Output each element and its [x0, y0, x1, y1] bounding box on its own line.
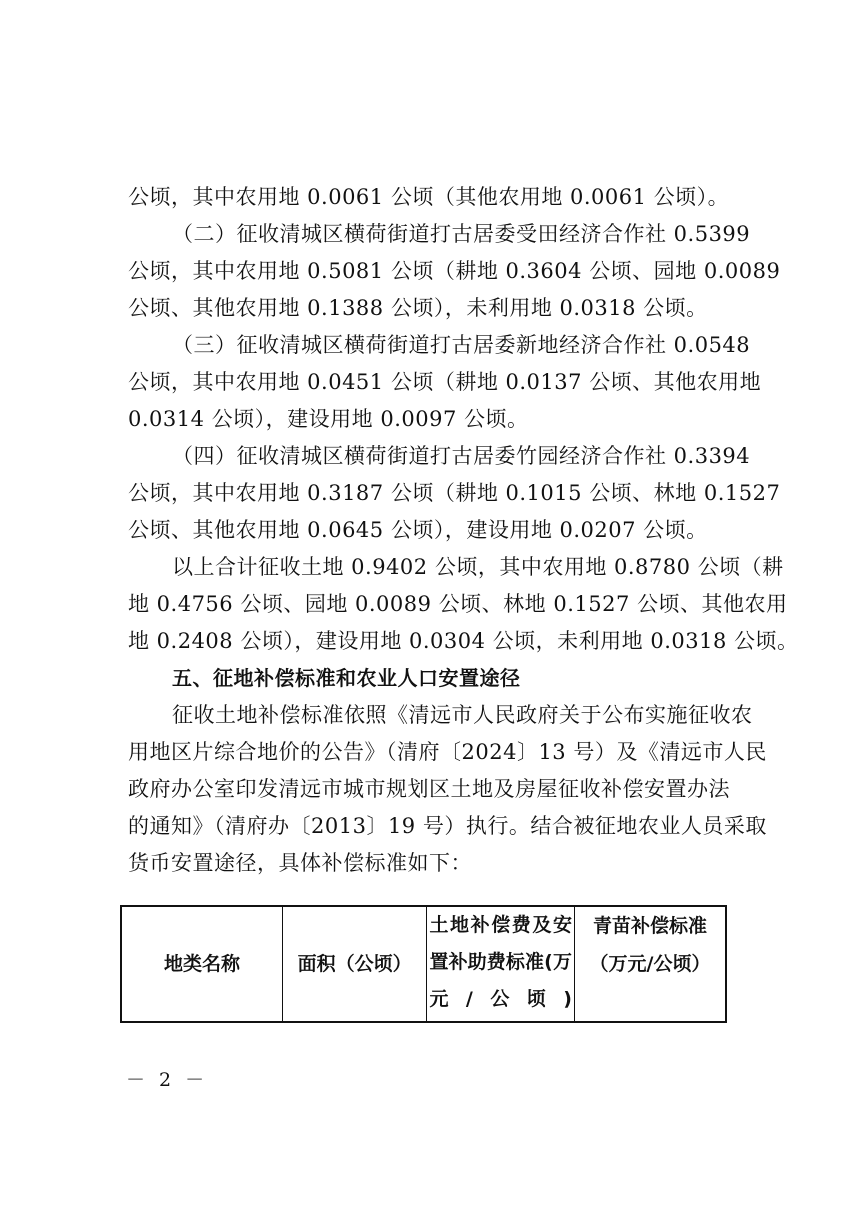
header-crop-compensation-standard: 青苗补偿标准（万元/公顷） — [574, 906, 726, 1022]
text-line: 公顷，其中农用地 0.5081 公顷（耕地 0.3604 公顷、园地 0.008… — [128, 257, 728, 285]
document-page: 公顷，其中农用地 0.0061 公顷（其他农用地 0.0061 公顷）。（二）征… — [0, 0, 850, 1214]
text-line: 的通知》（清府办〔2013〕19 号）执行。结合被征地农业人员采取 — [128, 812, 728, 840]
text-line: （四）征收清城区横荷街道打古居委竹园经济合作社 0.3394 — [172, 442, 728, 470]
text-line: 0.0314 公顷），建设用地 0.0097 公顷。 — [128, 405, 728, 433]
text-line: 地 0.2408 公顷），建设用地 0.0304 公顷，未利用地 0.0318 … — [128, 627, 728, 655]
text-line: 公顷，其中农用地 0.0061 公顷（其他农用地 0.0061 公顷）。 — [128, 183, 728, 211]
text-line: 地 0.4756 公顷、园地 0.0089 公顷、林地 0.1527 公顷、其他… — [128, 590, 728, 618]
table-header-row: 地类名称 面积（公顷） 土地补偿费及安置补助费标准(万元/公顷) 青苗补偿标准（… — [121, 906, 726, 1022]
header-land-compensation-standard: 土地补偿费及安置补助费标准(万元/公顷) — [427, 906, 575, 1022]
text-line: 以上合计征收土地 0.9402 公顷，其中农用地 0.8780 公顷（耕 — [172, 553, 728, 581]
text-line: 用地区片综合地价的公告》（清府〔2024〕13 号）及《清远市人民 — [128, 738, 728, 766]
text-line: 公顷，其中农用地 0.3187 公顷（耕地 0.1015 公顷、林地 0.152… — [128, 479, 728, 507]
text-line: 公顷，其中农用地 0.0451 公顷（耕地 0.0137 公顷、其他农用地 — [128, 368, 728, 396]
text-line: 政府办公室印发清远市城市规划区土地及房屋征收补偿安置办法 — [128, 775, 728, 803]
page-number: － 2 － — [126, 1065, 208, 1092]
text-line: （三）征收清城区横荷街道打古居委新地经济合作社 0.0548 — [172, 331, 728, 359]
compensation-table: 地类名称 面积（公顷） 土地补偿费及安置补助费标准(万元/公顷) 青苗补偿标准（… — [120, 905, 727, 1023]
header-area: 面积（公顷） — [282, 906, 427, 1022]
header-land-type: 地类名称 — [121, 906, 282, 1022]
text-line: 货币安置途径，具体补偿标准如下： — [128, 849, 728, 877]
text-line: （二）征收清城区横荷街道打古居委受田经济合作社 0.5399 — [172, 220, 728, 248]
text-line: 公顷、其他农用地 0.1388 公顷），未利用地 0.0318 公顷。 — [128, 294, 728, 322]
text-line: 征收土地补偿标准依照《清远市人民政府关于公布实施征收农 — [172, 701, 728, 729]
section-heading: 五、征地补偿标准和农业人口安置途径 — [172, 664, 728, 692]
text-line: 公顷、其他农用地 0.0645 公顷），建设用地 0.0207 公顷。 — [128, 516, 728, 544]
